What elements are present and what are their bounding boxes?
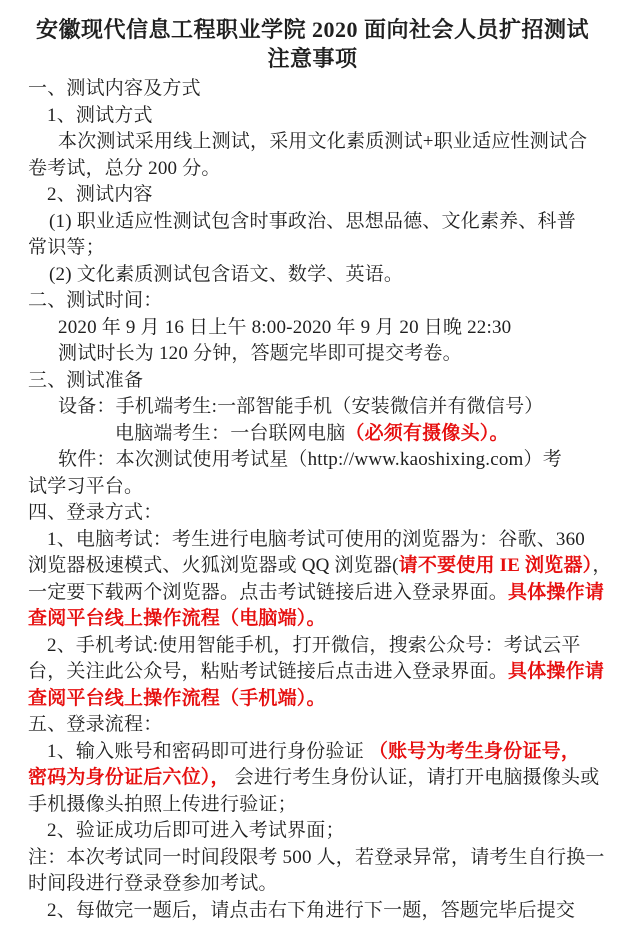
text-line: 2、每做完一题后，请点击右下角进行下一题，答题完毕后提交 xyxy=(28,898,597,925)
body-text: 电脑端考生：一台联网电脑 xyxy=(115,423,345,444)
text-line: 浏览器极速模式、火狐浏览器或 QQ 浏览器(请不要使用 IE 浏览器）， xyxy=(28,553,597,580)
body-text: 2、验证成功后即可进入考试界面； xyxy=(47,820,345,841)
highlighted-text: 请不要使用 IE 浏览器） xyxy=(399,555,593,576)
body-text: 测试时长为 120 分钟，答题完毕即可提交考卷。 xyxy=(58,343,462,364)
document-title: 安徽现代信息工程职业学院 2020 面向社会人员扩招测试 注意事项 xyxy=(28,15,597,73)
text-line: 时间段进行登录登参加考试。 xyxy=(28,871,597,898)
body-text: 台，关注此公众号，粘贴考试链接后点击进入登录界面。 xyxy=(28,661,508,682)
body-text: 五、登录流程： xyxy=(28,714,162,735)
body-text: (1) 职业适应性测试包含时事政治、思想品德、文化素养、科普 xyxy=(49,211,576,232)
body-text: 时间段进行登录登参加考试。 xyxy=(28,873,278,894)
body-text: 一定要下载两个浏览器。点击考试链接后进入登录界面。 xyxy=(28,582,508,603)
body-text: 注：本次考试同一时间段限考 500 人，若登录异常，请考生自行换一 xyxy=(28,847,605,868)
highlighted-text: （必须有摄像头）。 xyxy=(345,423,508,444)
text-line: 设备：手机端考生:一部智能手机（安装微信并有微信号） xyxy=(28,394,597,421)
text-line: (1) 职业适应性测试包含时事政治、思想品德、文化素养、科普 xyxy=(28,209,597,236)
highlighted-text: 具体操作请 xyxy=(508,661,604,682)
body-text: 2、每做完一题后，请点击右下角进行下一题，答题完毕后提交 xyxy=(47,900,575,921)
text-line: 三、测试准备 xyxy=(28,368,597,395)
body-text: 设备：手机端考生:一部智能手机（安装微信并有微信号） xyxy=(58,396,543,417)
text-line: 密码为身份证后六位）， 会进行考生身份认证，请打开电脑摄像头或 xyxy=(28,765,597,792)
highlighted-text: （账号为考生身份证号， xyxy=(369,741,580,762)
text-line: 1、测试方式 xyxy=(28,103,597,130)
text-line: 一定要下载两个浏览器。点击考试链接后进入登录界面。具体操作请 xyxy=(28,580,597,607)
text-line: 2020 年 9 月 16 日上午 8:00-2020 年 9 月 20 日晚 … xyxy=(28,315,597,342)
document-body: 一、测试内容及方式1、测试方式本次测试采用线上测试，采用文化素质测试+职业适应性… xyxy=(28,76,597,924)
document-page: 安徽现代信息工程职业学院 2020 面向社会人员扩招测试 注意事项 一、测试内容… xyxy=(0,0,621,926)
body-text: 常识等； xyxy=(28,237,105,258)
highlighted-text: 具体操作请 xyxy=(508,582,604,603)
body-text: 浏览器极速模式、火狐浏览器或 QQ 浏览器( xyxy=(28,555,399,576)
text-line: 台，关注此公众号，粘贴考试链接后点击进入登录界面。具体操作请 xyxy=(28,659,597,686)
text-line: 软件：本次测试使用考试星（http://www.kaoshixing.com）考 xyxy=(28,447,597,474)
body-text: 2020 年 9 月 16 日上午 8:00-2020 年 9 月 20 日晚 … xyxy=(58,317,511,338)
text-line: 一、测试内容及方式 xyxy=(28,76,597,103)
text-line: 2、验证成功后即可进入考试界面； xyxy=(28,818,597,845)
body-text: (2) 文化素质测试包含语文、数学、英语。 xyxy=(49,264,403,285)
text-line: 四、登录方式： xyxy=(28,500,597,527)
text-line: 手机摄像头拍照上传进行验证； xyxy=(28,792,597,819)
body-text: 1、测试方式 xyxy=(47,105,153,126)
text-line: 测试时长为 120 分钟，答题完毕即可提交考卷。 xyxy=(28,341,597,368)
text-line: 电脑端考生：一台联网电脑（必须有摄像头）。 xyxy=(28,421,597,448)
body-text: 2、测试内容 xyxy=(47,184,153,205)
text-line: 1、电脑考试：考生进行电脑考试可使用的浏览器为：谷歌、360 xyxy=(28,527,597,554)
text-line: 注：本次考试同一时间段限考 500 人，若登录异常，请考生自行换一 xyxy=(28,845,597,872)
highlighted-text: 密码为身份证后六位）， xyxy=(28,767,230,788)
text-line: 五、登录流程： xyxy=(28,712,597,739)
body-text: 试学习平台。 xyxy=(28,476,143,497)
text-line: 二、测试时间： xyxy=(28,288,597,315)
text-line: 常识等； xyxy=(28,235,597,262)
body-text: 软件：本次测试使用考试星（http://www.kaoshixing.com）考 xyxy=(58,449,562,470)
text-line: 卷考试，总分 200 分。 xyxy=(28,156,597,183)
body-text: 卷考试，总分 200 分。 xyxy=(28,158,221,179)
text-line: 查阅平台线上操作流程（电脑端）。 xyxy=(28,606,597,633)
highlighted-text: 查阅平台线上操作流程（电脑端）。 xyxy=(28,608,326,629)
body-text: 1、输入账号和密码即可进行身份验证 xyxy=(47,741,369,762)
text-line: 1、输入账号和密码即可进行身份验证 （账号为考生身份证号， xyxy=(28,739,597,766)
body-text: ， xyxy=(592,555,611,576)
body-text: 二、测试时间： xyxy=(28,290,162,311)
body-text: 会进行考生身份认证，请打开电脑摄像头或 xyxy=(230,767,600,788)
body-text: 手机摄像头拍照上传进行验证； xyxy=(28,794,297,815)
document-title-line2: 注意事项 xyxy=(28,44,597,73)
highlighted-text: 查阅平台线上操作流程（手机端）。 xyxy=(28,688,326,709)
body-text: 三、测试准备 xyxy=(28,370,143,391)
text-line: 2、测试内容 xyxy=(28,182,597,209)
body-text: 2、手机考试:使用智能手机，打开微信，搜索公众号：考试云平 xyxy=(47,635,581,656)
body-text: 本次测试采用线上测试，采用文化素质测试+职业适应性测试合 xyxy=(58,131,587,152)
text-line: (2) 文化素质测试包含语文、数学、英语。 xyxy=(28,262,597,289)
text-line: 查阅平台线上操作流程（手机端）。 xyxy=(28,686,597,713)
text-line: 试学习平台。 xyxy=(28,474,597,501)
body-text: 一、测试内容及方式 xyxy=(28,78,201,99)
document-title-line1: 安徽现代信息工程职业学院 2020 面向社会人员扩招测试 xyxy=(28,15,597,44)
text-line: 2、手机考试:使用智能手机，打开微信，搜索公众号：考试云平 xyxy=(28,633,597,660)
body-text: 四、登录方式： xyxy=(28,502,162,523)
body-text: 1、电脑考试：考生进行电脑考试可使用的浏览器为：谷歌、360 xyxy=(47,529,585,550)
text-line: 本次测试采用线上测试，采用文化素质测试+职业适应性测试合 xyxy=(28,129,597,156)
